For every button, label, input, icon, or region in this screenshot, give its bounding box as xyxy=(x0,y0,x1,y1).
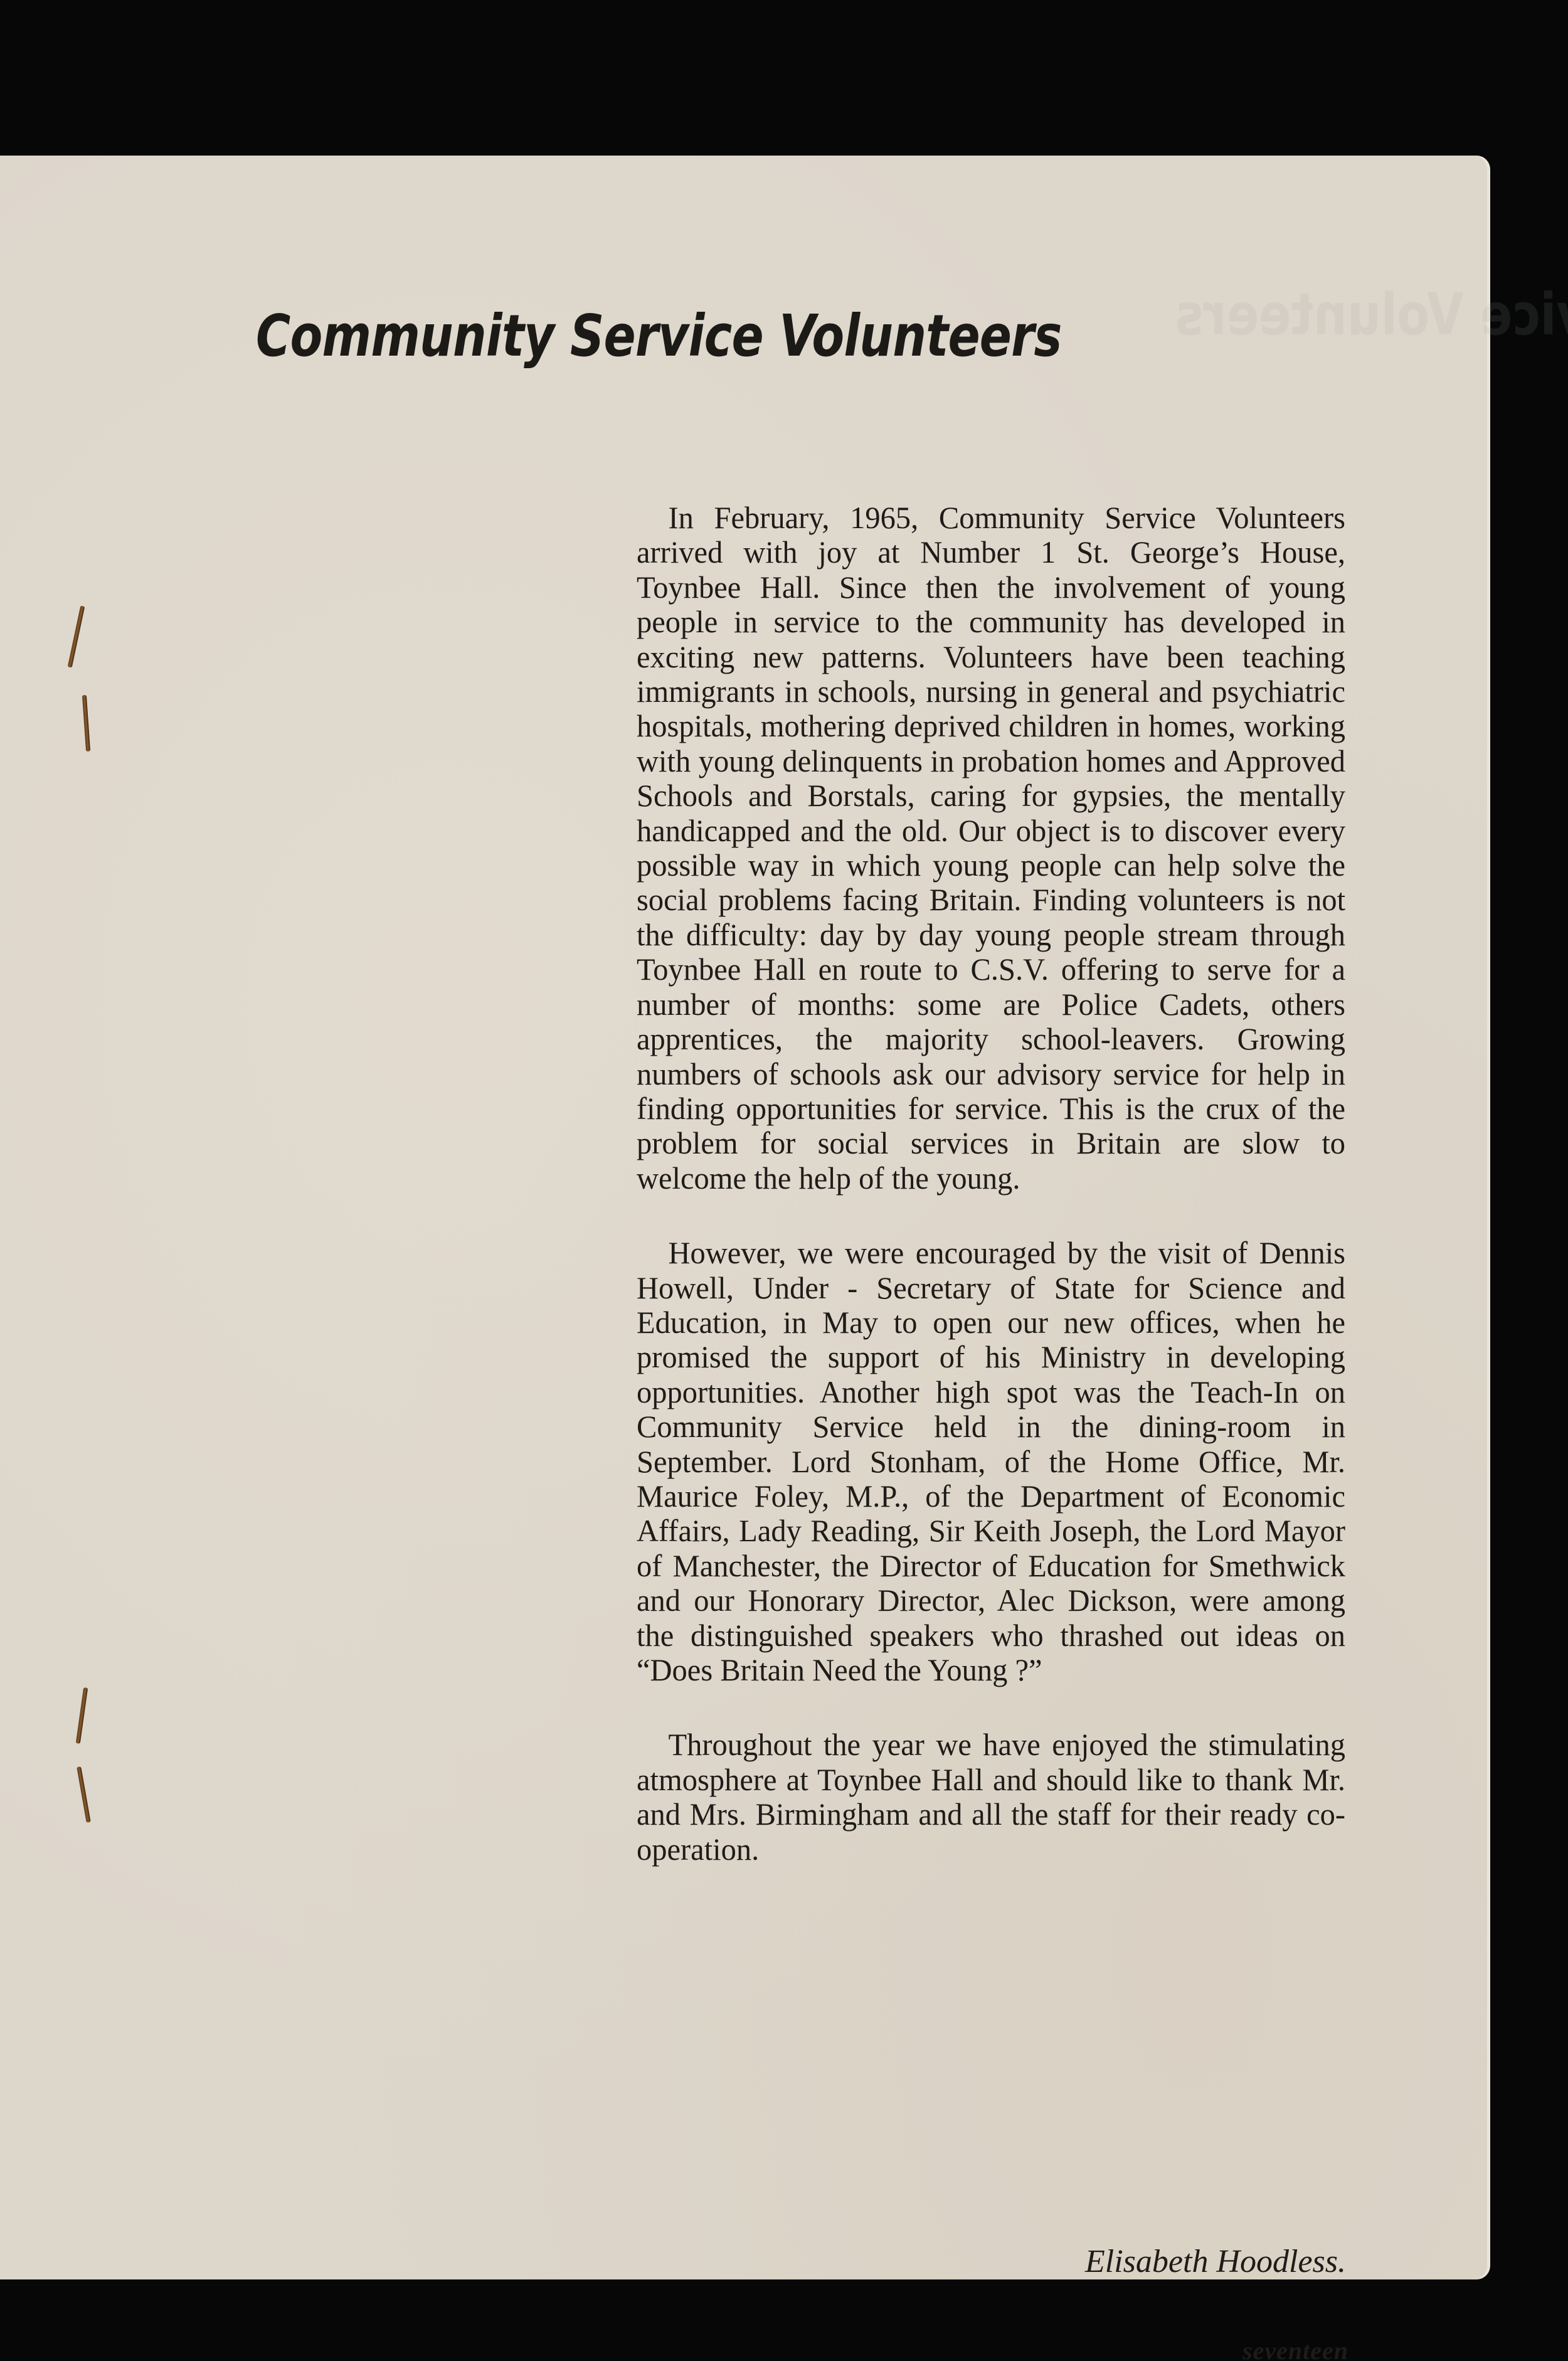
staple-lower-bottom xyxy=(77,1766,91,1823)
staple-upper-top xyxy=(68,605,85,667)
page-title: Community Service Volunteers xyxy=(256,302,1062,369)
paragraph-1: In February, 1965, Community Service Vol… xyxy=(637,501,1345,1196)
booklet-page: Community Service Volunteers Community S… xyxy=(0,156,1490,2279)
staple-upper-bottom xyxy=(82,695,90,751)
body-text-column: In February, 1965, Community Service Vol… xyxy=(637,501,1345,1867)
page-number: seventeen xyxy=(1242,2336,1348,2361)
author-signature: Elisabeth Hoodless. xyxy=(1085,2243,1346,2280)
staple-lower-top xyxy=(76,1687,88,1744)
paragraph-3: Throughout the year we have enjoyed the … xyxy=(637,1727,1345,1867)
show-through-title: Community Service Volunteers xyxy=(1175,281,1568,348)
paragraph-2: However, we were encouraged by the visit… xyxy=(637,1236,1345,1687)
